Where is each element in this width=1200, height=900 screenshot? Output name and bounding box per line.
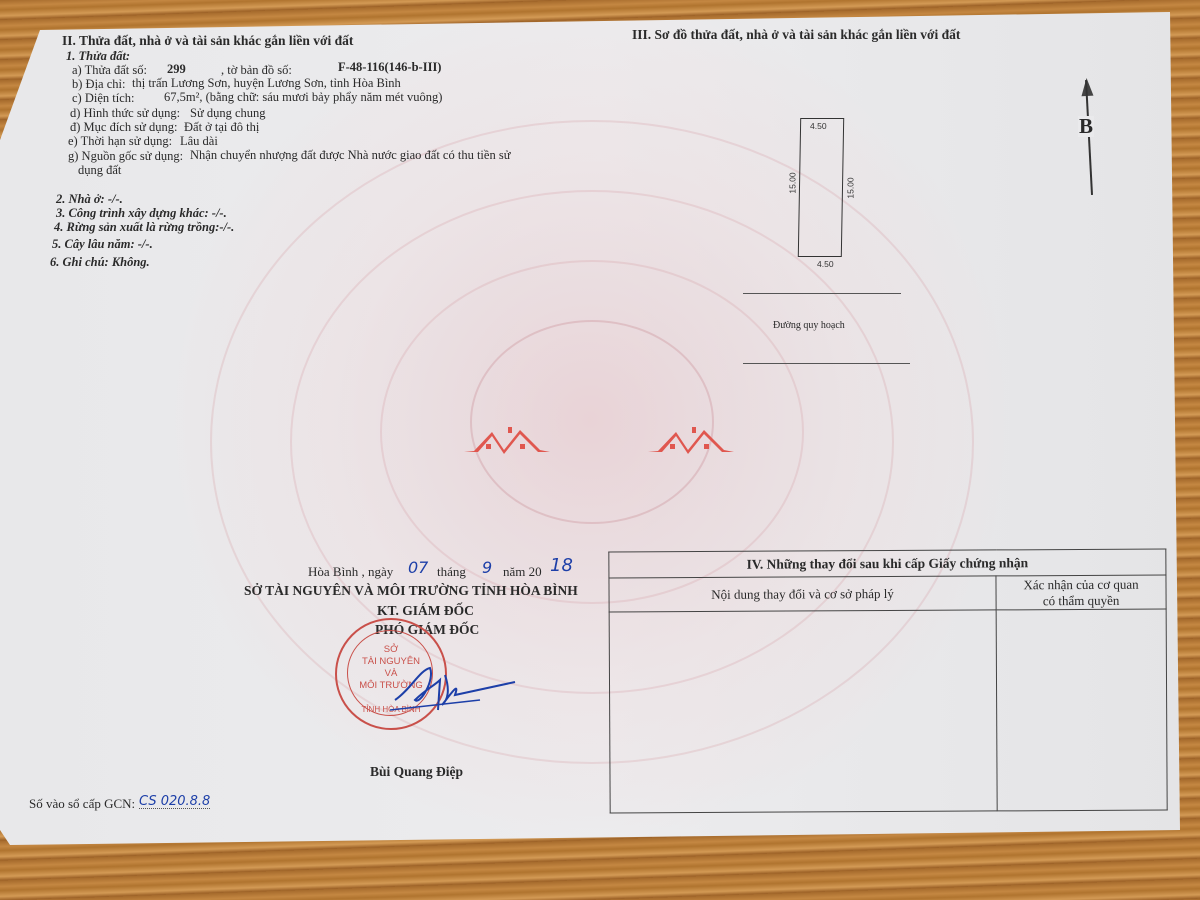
registry-label: Số vào sổ cấp GCN: <box>29 797 135 810</box>
registry-value: CS 020.8.8 <box>139 795 210 809</box>
house-logo-icon <box>648 424 734 454</box>
item4-planted-forest: 4. Rừng sản xuất là rừng trồng:-/-. <box>54 221 234 234</box>
north-label: B <box>1078 116 1094 137</box>
year-label: năm 20 <box>503 565 542 578</box>
certificate-photo: II. Thửa đất, nhà ở và tài sản khác gắn … <box>0 0 1200 900</box>
place-date-prefix: Hòa Bình , ngày <box>308 565 393 578</box>
usage-form-label: d) Hình thức sử dụng: <box>70 107 180 120</box>
item2-house: 2. Nhà ở: -/-. <box>56 193 123 206</box>
date-year-suffix: 18 <box>550 557 573 575</box>
address-label: b) Địa chỉ: <box>72 78 125 91</box>
section4-title: IV. Những thay đổi sau khi cấp Giấy chứn… <box>609 549 1166 578</box>
address-value: thị trấn Lương Sơn, huyện Lương Sơn, tỉn… <box>132 77 401 90</box>
origin-value-line1: Nhận chuyển nhượng đất được Nhà nước gia… <box>190 149 510 162</box>
parcel-number-value: 299 <box>167 63 186 76</box>
col-header-confirmation: Xác nhận của cơ quan có thẩm quyền <box>996 575 1166 610</box>
map-sheet-value: F-48-116(146-b-III) <box>338 61 441 74</box>
dim-right: 15.00 <box>846 177 856 198</box>
changes-confirmation-cell <box>996 609 1167 811</box>
house-logo-icon <box>464 424 550 454</box>
parcel-diagram <box>798 118 844 257</box>
usage-form-value: Sử dụng chung <box>190 107 266 120</box>
section3-title: III. Sơ đồ thửa đất, nhà ở và tài sản kh… <box>632 28 960 42</box>
on-behalf-title: KT. GIÁM ĐỐC <box>377 604 474 618</box>
certificate-page: II. Thửa đất, nhà ở và tài sản khác gắn … <box>0 0 1200 900</box>
date-day: 07 <box>408 560 428 576</box>
section2-title: II. Thửa đất, nhà ở và tài sản khác gắn … <box>62 34 353 48</box>
road-label: Đường quy hoạch <box>773 321 845 331</box>
item6-note: 6. Ghi chú: Không. <box>50 256 150 269</box>
area-value: 67,5m², (bằng chữ: sáu mươi bảy phẩy năm… <box>164 91 442 104</box>
usage-term-label: e) Thời hạn sử dụng: <box>68 135 172 148</box>
drum-center <box>470 320 714 524</box>
changes-table: IV. Những thay đổi sau khi cấp Giấy chứn… <box>608 549 1167 814</box>
item1-title: 1. Thửa đất: <box>66 50 130 63</box>
area-label: c) Diện tích: <box>72 92 134 105</box>
usage-purpose-label: đ) Mục đích sử dụng: <box>70 121 177 134</box>
handwritten-signature <box>390 660 520 720</box>
col-header-confirmation-line1: Xác nhận của cơ quan <box>996 576 1165 593</box>
dim-bottom: 4.50 <box>817 259 834 269</box>
usage-purpose-value: Đất ở tại đô thị <box>184 121 259 134</box>
parcel-number-label: a) Thửa đất số: <box>72 64 147 77</box>
origin-value-line2: dụng đất <box>78 164 121 177</box>
road-line-bottom <box>743 363 910 364</box>
signer-name: Bùi Quang Điệp <box>370 765 463 779</box>
issuing-agency: SỞ TÀI NGUYÊN VÀ MÔI TRƯỜNG TỈNH HÒA BÌN… <box>244 584 578 598</box>
item3-other-construction: 3. Công trình xây dựng khác: -/-. <box>56 207 227 220</box>
dim-top: 4.50 <box>810 121 827 131</box>
changes-content-cell <box>609 610 997 813</box>
map-sheet-label: , tờ bản đồ số: <box>221 64 292 77</box>
col-header-content: Nội dung thay đổi và cơ sở pháp lý <box>609 576 996 612</box>
origin-label: g) Nguồn gốc sử dụng: <box>68 150 183 163</box>
col-header-confirmation-line2: có thẩm quyền <box>997 592 1166 609</box>
date-month: 9 <box>482 560 492 576</box>
month-label: tháng <box>437 565 466 578</box>
seal-line: SỞ <box>337 644 445 656</box>
item5-perennial-trees: 5. Cây lâu năm: -/-. <box>52 238 153 251</box>
usage-term-value: Lâu dài <box>180 135 218 148</box>
dim-left: 15.00 <box>788 172 798 193</box>
road-line-top <box>743 293 901 294</box>
